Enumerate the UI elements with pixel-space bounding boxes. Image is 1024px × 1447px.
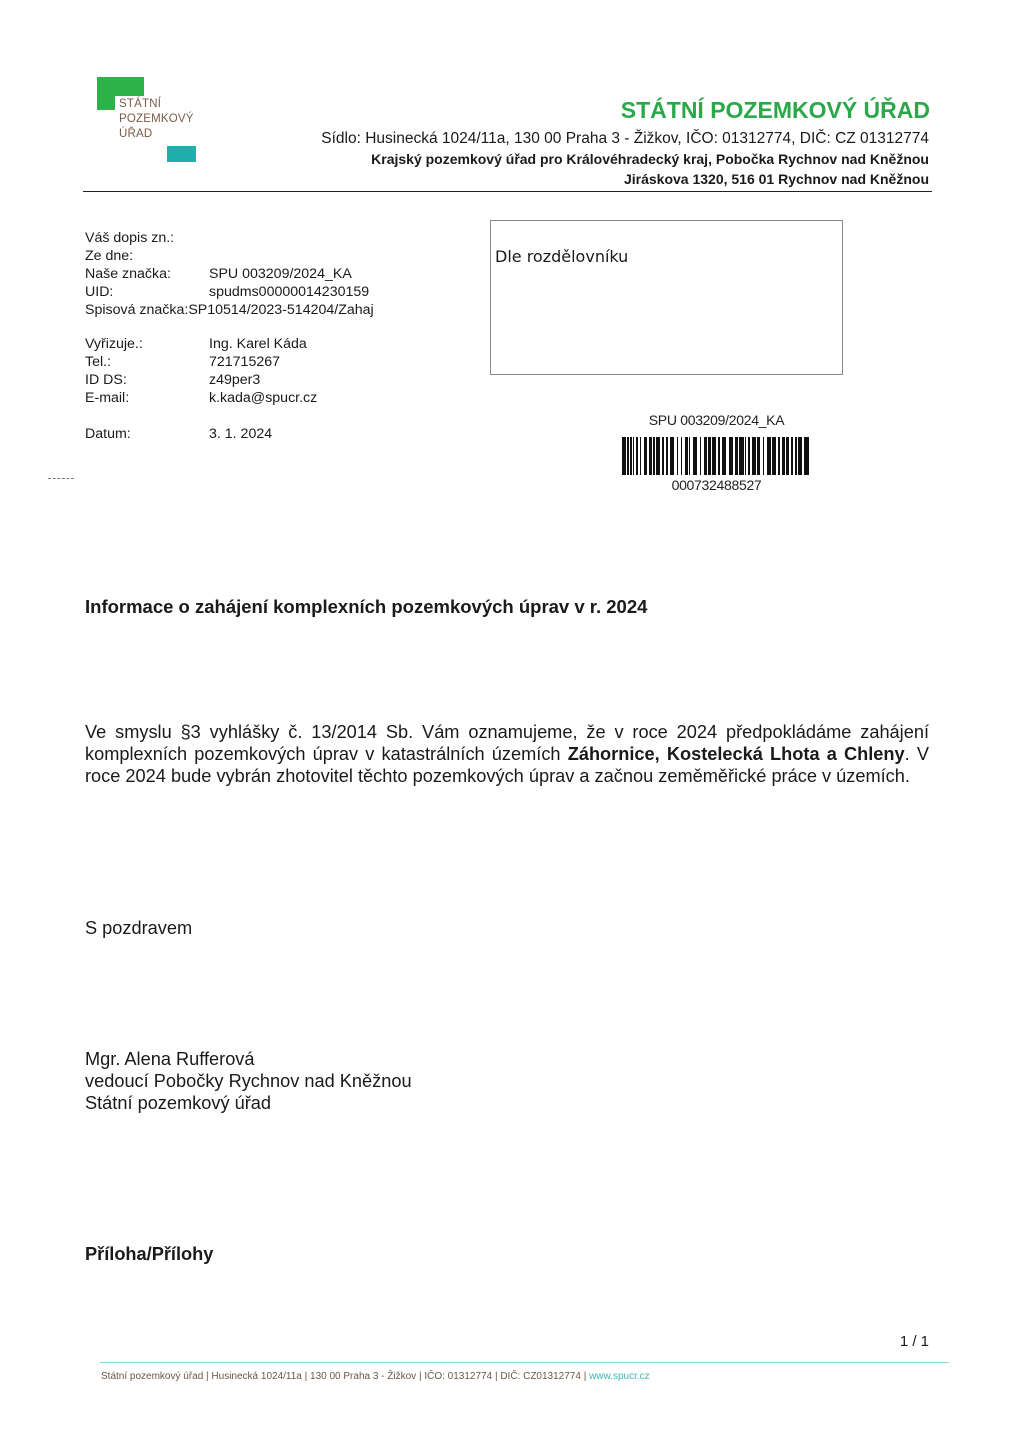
reference-value: spudms00000014230159 bbox=[209, 283, 369, 301]
contact-row: E-mail: k.kada@spucr.cz bbox=[85, 389, 317, 407]
barcode bbox=[622, 437, 810, 475]
footer-website-link[interactable]: www.spucr.cz bbox=[589, 1371, 650, 1382]
contact-label: Tel.: bbox=[85, 353, 209, 371]
contact-value: z49per3 bbox=[209, 371, 260, 389]
signature-block: Mgr. Alena Rufferová vedoucí Pobočky Ryc… bbox=[85, 1048, 412, 1114]
page-number: 1 / 1 bbox=[900, 1333, 929, 1350]
date-block: Datum: 3. 1. 2024 bbox=[85, 425, 272, 443]
organization-branch: Krajský pozemkový úřad pro Královéhradec… bbox=[371, 151, 929, 167]
reference-row: Naše značka: SPU 003209/2024_KA bbox=[85, 265, 374, 283]
contact-row: Vyřizuje.: Ing. Karel Káda bbox=[85, 335, 317, 353]
logo-green-shape-left bbox=[97, 77, 115, 110]
signature-name: Mgr. Alena Rufferová bbox=[85, 1048, 412, 1070]
reference-value: SP10514/2023-514204/Zahaj bbox=[188, 301, 373, 319]
attachments-heading: Příloha/Přílohy bbox=[85, 1244, 213, 1265]
barcode-number: 000732488527 bbox=[624, 477, 809, 493]
reference-row: Ze dne: bbox=[85, 247, 374, 265]
reference-label: Váš dopis zn.: bbox=[85, 229, 209, 247]
contact-label: Vyřizuje.: bbox=[85, 335, 209, 353]
contact-block: Vyřizuje.: Ing. Karel Káda Tel.: 7217152… bbox=[85, 335, 317, 407]
barcode-reference: SPU 003209/2024_KA bbox=[624, 412, 809, 428]
contact-row: Tel.: 721715267 bbox=[85, 353, 317, 371]
recipient-box: Dle rozdělovníku bbox=[490, 220, 843, 375]
organization-seat: Sídlo: Husinecká 1024/11a, 130 00 Praha … bbox=[321, 130, 929, 148]
reference-block: Váš dopis zn.: Ze dne: Naše značka: SPU … bbox=[85, 229, 374, 319]
organization-address: Jiráskova 1320, 516 01 Rychnov nad Kněžn… bbox=[624, 171, 929, 187]
date-label: Datum: bbox=[85, 425, 209, 443]
reference-row: Váš dopis zn.: bbox=[85, 229, 374, 247]
signature-position: vedoucí Pobočky Rychnov nad Kněžnou bbox=[85, 1070, 412, 1092]
logo-teal-shape bbox=[167, 146, 196, 162]
contact-value: Ing. Karel Káda bbox=[209, 335, 307, 353]
reference-row: UID: spudms00000014230159 bbox=[85, 283, 374, 301]
date-row: Datum: 3. 1. 2024 bbox=[85, 425, 272, 443]
greeting: S pozdravem bbox=[85, 918, 192, 939]
logo-text: STÁTNÍ POZEMKOVÝ ÚŘAD bbox=[119, 97, 194, 142]
recipient-text: Dle rozdělovníku bbox=[495, 247, 628, 266]
reference-label: Ze dne: bbox=[85, 247, 209, 265]
date-value: 3. 1. 2024 bbox=[209, 425, 272, 443]
paragraph-cadastral-areas: Záhornice, Kostelecká Lhota a Chleny bbox=[568, 744, 905, 764]
reference-label: UID: bbox=[85, 283, 209, 301]
footer-contacts: Státní pozemkový úřad | Husinecká 1024/1… bbox=[101, 1371, 589, 1382]
logo-line: POZEMKOVÝ bbox=[119, 112, 194, 127]
organization-title: STÁTNÍ POZEMKOVÝ ÚŘAD bbox=[621, 97, 930, 124]
letter-paragraph: Ve smyslu §3 vyhlášky č. 13/2014 Sb. Vám… bbox=[85, 721, 929, 787]
signature-organization: Státní pozemkový úřad bbox=[85, 1092, 412, 1114]
logo-line: ÚŘAD bbox=[119, 127, 194, 142]
reference-label: Naše značka: bbox=[85, 265, 209, 283]
header-divider bbox=[83, 191, 932, 192]
contact-row: ID DS: z49per3 bbox=[85, 371, 317, 389]
letter-subject: Informace o zahájení komplexních pozemko… bbox=[85, 596, 647, 618]
reference-value: SPU 003209/2024_KA bbox=[209, 265, 352, 283]
contact-label: E-mail: bbox=[85, 389, 209, 407]
logo-line: STÁTNÍ bbox=[119, 97, 194, 112]
reference-row: Spisová značka: SP10514/2023-514204/Zaha… bbox=[85, 301, 374, 319]
footer-divider bbox=[100, 1362, 949, 1363]
contact-email: k.kada@spucr.cz bbox=[209, 389, 317, 407]
contact-label: ID DS: bbox=[85, 371, 209, 389]
fold-mark bbox=[48, 478, 74, 479]
footer-text: Státní pozemkový úřad | Husinecká 1024/1… bbox=[101, 1371, 650, 1382]
reference-label: Spisová značka: bbox=[85, 301, 188, 319]
contact-value: 721715267 bbox=[209, 353, 280, 371]
